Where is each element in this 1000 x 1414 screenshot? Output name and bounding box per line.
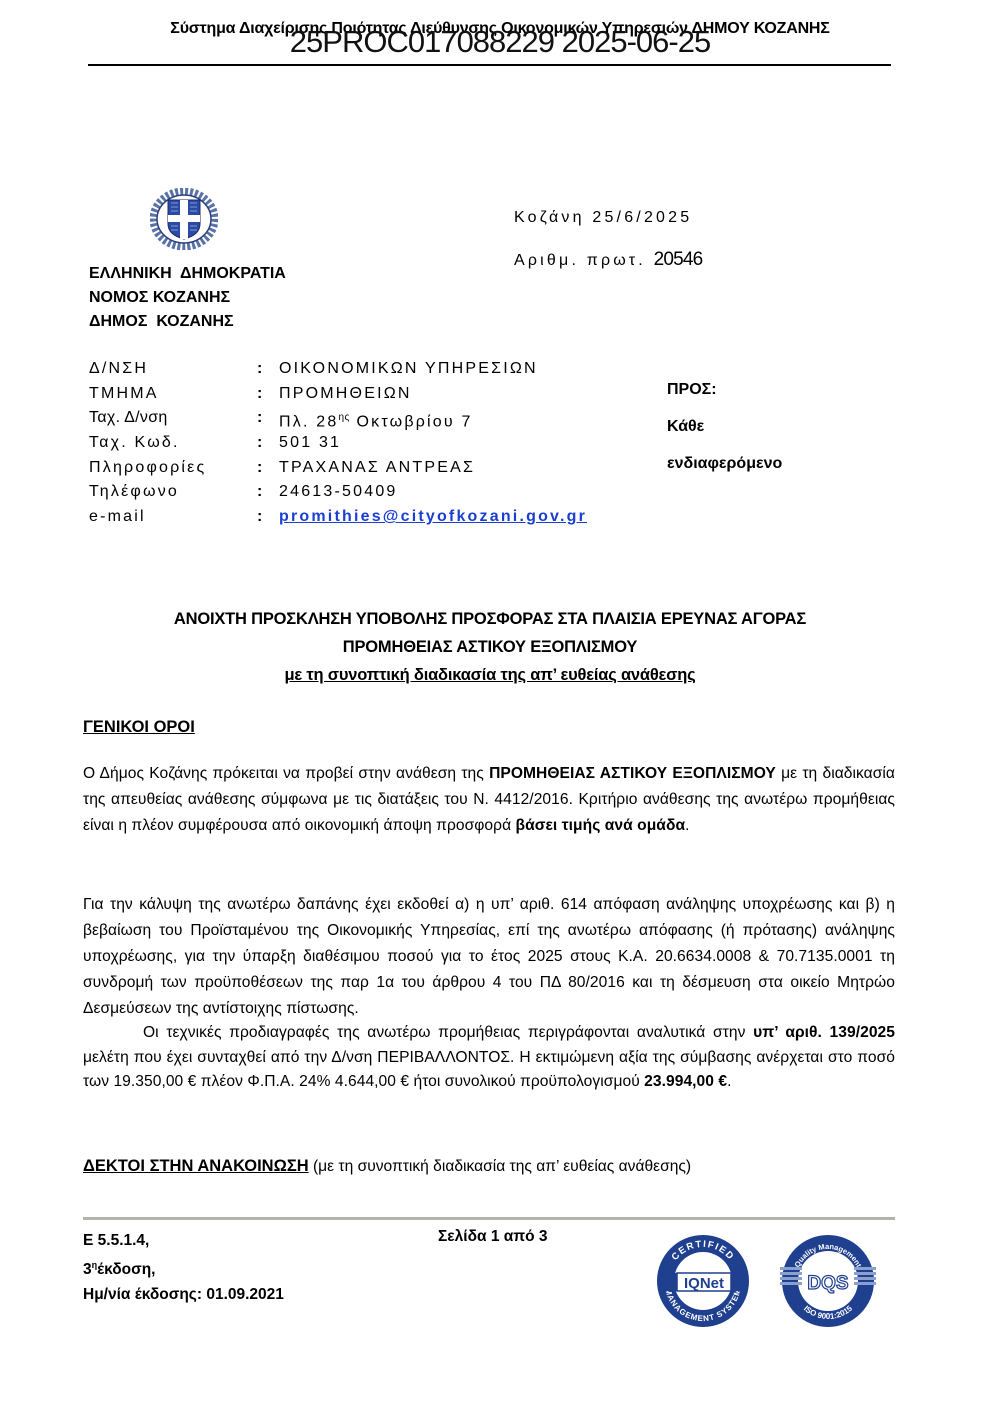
title-line1: ΑΝΟΙΧΤΗ ΠΡΟΣΚΛΗΣΗ ΥΠΟΒΟΛΗΣ ΠΡΟΣΦΟΡΑΣ ΣΤΑ… xyxy=(80,605,900,633)
title-line2: ΠΡΟΜΗΘΕΙΑΣ ΑΣΤΙΚΟΥ ΕΞΟΠΛΙΣΜΟΥ xyxy=(80,633,900,661)
protocol-label: Αριθμ. πρωτ. xyxy=(514,252,654,269)
info-value: 501 31 xyxy=(279,431,341,456)
info-label: Ταχ. Κωδ. xyxy=(89,431,257,456)
info-value: ΠΡΟΜΗΘΕΙΩΝ xyxy=(279,382,412,407)
info-label: Ταχ. Δ/νση xyxy=(89,406,257,431)
footer-document-info: Ε 5.5.1.4, 3ηέκδοση, Ημ/νία έκδοσης: 01.… xyxy=(83,1228,284,1307)
svg-text:DQS: DQS xyxy=(807,1273,848,1294)
address-part: Πλ. 28 xyxy=(279,414,338,431)
recipients-section: ΔΕΚΤΟΙ ΣΤΗΝ ΑΝΑΚΟΙΝΩΣΗ (με τη συνοπτική … xyxy=(83,1157,691,1176)
info-label: Δ/ΝΣΗ xyxy=(89,357,257,382)
sender-prefecture: ΝΟΜΟΣ ΚΟΖΑΝΗΣ xyxy=(89,286,286,310)
footer-divider xyxy=(83,1217,895,1220)
info-label: Τηλέφωνο xyxy=(89,480,257,505)
protocol-number: 20546 xyxy=(654,249,703,270)
info-colon: : xyxy=(257,382,279,407)
recipient-line1: Κάθε xyxy=(667,408,782,445)
p3-bold-total: 23.994,00 € xyxy=(644,1073,727,1090)
recipients-note: (με τη συνοπτική διαδικασία της απ’ ευθε… xyxy=(309,1158,691,1175)
edition-text: έκδοση, xyxy=(97,1261,155,1278)
info-row-postcode: Ταχ. Κωδ. : 501 31 xyxy=(89,431,587,456)
general-terms-paragraph-1: Ο Δήμος Κοζάνης πρόκειται να προβεί στην… xyxy=(83,761,895,839)
recipient-line2: ενδιαφερόμενο xyxy=(667,445,782,482)
info-row-email: e-mail : promithies@cityofkozani.gov.gr xyxy=(89,505,587,530)
info-row-phone: Τηλέφωνο : 24613-50409 xyxy=(89,480,587,505)
info-label: ΤΜΗΜΑ xyxy=(89,382,257,407)
p1-bold-criterion: βάσει τιμής ανά ομάδα xyxy=(516,817,686,834)
info-row-section: ΤΜΗΜΑ : ΠΡΟΜΗΘΕΙΩΝ xyxy=(89,382,587,407)
sender-country: ΕΛΛΗΝΙΚΗ ΔΗΜΟΚΡΑΤΙΑ xyxy=(89,262,286,286)
document-title: ΑΝΟΙΧΤΗ ΠΡΟΣΚΛΗΣΗ ΥΠΟΒΟΛΗΣ ΠΡΟΣΦΟΡΑΣ ΣΤΑ… xyxy=(80,605,900,689)
info-row-department: Δ/ΝΣΗ : ΟΙΚΟΝΟΜΙΚΩΝ ΥΠΗΡΕΣΙΩΝ xyxy=(89,357,587,382)
email-link[interactable]: promithies@cityofkozani.gov.gr xyxy=(279,508,587,525)
info-colon: : xyxy=(257,357,279,382)
p3-bold-study: υπ’ αριθ. 139/2025 xyxy=(753,1024,895,1041)
p1-bold-subject: ΠΡΟΜΗΘΕΙΑΣ ΑΣΤΙΚΟΥ ΕΞΟΠΛΙΣΜΟΥ xyxy=(489,765,776,782)
sender-municipality: ΔΗΜΟΣ ΚΟΖΑΝΗΣ xyxy=(89,310,286,334)
date-block: Κοζάνη 25/6/2025 Αριθμ. πρωτ. 20546 xyxy=(514,197,702,282)
contact-info-table: Δ/ΝΣΗ : ΟΙΚΟΝΟΜΙΚΩΝ ΥΠΗΡΕΣΙΩΝ ΤΜΗΜΑ : ΠΡ… xyxy=(89,357,587,530)
header-divider xyxy=(88,64,891,66)
info-row-address: Ταχ. Δ/νση : Πλ. 28ης Οκτωβρίου 7 xyxy=(89,406,587,431)
general-terms-paragraph-3: Οι τεχνικές προδιαγραφές της ανωτέρω προ… xyxy=(83,1021,895,1095)
dqs-iso-9001-logo-icon: Quality Management ISO 9001:2015 DQS xyxy=(780,1233,876,1329)
iqnet-certified-logo-icon: CERTIFIED MANAGEMENT SYSTEM IQNet xyxy=(655,1233,751,1329)
document-stamp: 25PROC017088229 2025-06-25 xyxy=(0,24,1000,60)
p1-text: Ο Δήμος Κοζάνης πρόκειται να προβεί στην… xyxy=(83,765,489,782)
footer-edition: 3ηέκδοση, xyxy=(83,1253,284,1282)
address-part: Οκτωβρίου 7 xyxy=(350,414,473,431)
info-value: Πλ. 28ης Οκτωβρίου 7 xyxy=(279,406,473,431)
info-label: Πληροφορίες xyxy=(89,456,257,481)
page-number: Σελίδα 1 από 3 xyxy=(438,1228,548,1246)
info-colon: : xyxy=(257,406,279,431)
p1-text: . xyxy=(685,817,689,834)
info-value: 24613-50409 xyxy=(279,480,398,505)
protocol-line: Αριθμ. πρωτ. 20546 xyxy=(514,239,702,282)
info-colon: : xyxy=(257,431,279,456)
info-value: ΟΙΚΟΝΟΜΙΚΩΝ ΥΠΗΡΕΣΙΩΝ xyxy=(279,357,538,382)
info-colon: : xyxy=(257,505,279,530)
title-subtitle: με τη συνοπτική διαδικασία της απ’ ευθεί… xyxy=(80,661,900,689)
footer-code: Ε 5.5.1.4, xyxy=(83,1228,284,1253)
info-colon: : xyxy=(257,480,279,505)
sender-block: ΕΛΛΗΝΙΚΗ ΔΗΜΟΚΡΑΤΙΑ ΝΟΜΟΣ ΚΟΖΑΝΗΣ ΔΗΜΟΣ … xyxy=(89,262,286,334)
general-terms-heading: ΓΕΝΙΚΟΙ ΟΡΟΙ xyxy=(83,718,195,737)
info-value: ΤΡΑΧΑΝΑΣ ΑΝΤΡΕΑΣ xyxy=(279,456,475,481)
recipient-label: ΠΡΟΣ: xyxy=(667,371,782,408)
recipient-block: ΠΡΟΣ: Κάθε ενδιαφερόμενο xyxy=(667,371,782,482)
p3-text: μελέτη που έχει συνταχθεί από την Δ/νση … xyxy=(83,1049,895,1091)
svg-text:IQNet: IQNet xyxy=(684,1275,724,1292)
p3-text: . xyxy=(727,1073,731,1090)
edition-number: 3 xyxy=(83,1261,92,1278)
footer-issue-date: Ημ/νία έκδοσης: 01.09.2021 xyxy=(83,1282,284,1307)
general-terms-paragraph-2: Για την κάλυψη της ανωτέρω δαπάνης έχει … xyxy=(83,892,895,1022)
p3-text: Οι τεχνικές προδιαγραφές της ανωτέρω προ… xyxy=(143,1024,753,1041)
info-colon: : xyxy=(257,456,279,481)
info-label: e-mail xyxy=(89,505,257,530)
greek-coat-of-arms-icon xyxy=(150,188,218,250)
address-ordinal: ης xyxy=(338,412,349,423)
place-date: Κοζάνη 25/6/2025 xyxy=(514,197,702,239)
recipients-heading: ΔΕΚΤΟΙ ΣΤΗΝ ΑΝΑΚΟΙΝΩΣΗ xyxy=(83,1157,309,1175)
info-value: promithies@cityofkozani.gov.gr xyxy=(279,505,587,530)
info-row-contact-person: Πληροφορίες : ΤΡΑΧΑΝΑΣ ΑΝΤΡΕΑΣ xyxy=(89,456,587,481)
